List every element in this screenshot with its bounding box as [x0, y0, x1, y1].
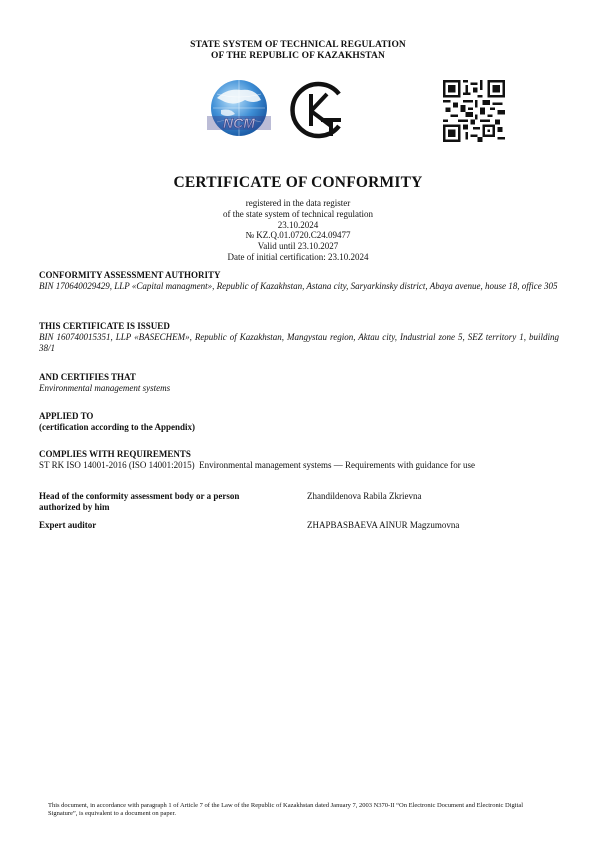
- kt-conformity-mark-logo: [287, 80, 347, 140]
- registration-date: 23.10.2024: [0, 220, 596, 231]
- section-applied: APPLIED TO (certification according to t…: [39, 411, 559, 433]
- issuer-header: STATE SYSTEM OF TECHNICAL REGULATION OF …: [0, 40, 596, 62]
- certificate-number: № KZ.Q.01.0720.C24.09477: [0, 230, 596, 241]
- section-text: Environmental management systems: [39, 383, 559, 394]
- signatory-name: Zhandildenova Rabila Zkrievna: [307, 491, 421, 502]
- section-text: BIN 160740015351, LLP «BASECHEM», Republ…: [39, 332, 559, 354]
- section-authority: CONFORMITY ASSESSMENT AUTHORITY BIN 1706…: [39, 270, 559, 292]
- valid-until: Valid until 23.10.2027: [0, 241, 596, 252]
- legal-footer: This document, in accordance with paragr…: [48, 802, 548, 818]
- qr-code: [443, 80, 505, 142]
- section-heading: COMPLIES WITH REQUIREMENTS: [39, 449, 559, 460]
- ncm-globe-logo: NCM: [205, 78, 273, 142]
- section-text: ST RK ISO 14001-2016 (ISO 14001:2015) En…: [39, 460, 559, 471]
- section-complies: COMPLIES WITH REQUIREMENTS ST RK ISO 140…: [39, 449, 559, 471]
- registration-line-2: of the state system of technical regulat…: [0, 209, 596, 220]
- header-line-1: STATE SYSTEM OF TECHNICAL REGULATION: [0, 40, 596, 51]
- signatory-role: Head of the conformity assessment body o…: [39, 491, 259, 513]
- section-certifies: AND CERTIFIES THAT Environmental managem…: [39, 372, 559, 394]
- header-line-2: OF THE REPUBLIC OF KAZAKHSTAN: [0, 51, 596, 62]
- section-heading: APPLIED TO: [39, 411, 559, 422]
- section-heading: CONFORMITY ASSESSMENT AUTHORITY: [39, 270, 559, 281]
- section-text: BIN 170640029429, LLP «Capital managment…: [39, 281, 559, 292]
- section-heading: AND CERTIFIES THAT: [39, 372, 559, 383]
- signatory-role: Expert auditor: [39, 520, 259, 531]
- section-text: (certification according to the Appendix…: [39, 422, 559, 433]
- svg-text:NCM: NCM: [223, 115, 255, 131]
- certificate-title: CERTIFICATE OF CONFORMITY: [0, 174, 596, 192]
- signatory-name: ZHAPBASBAEVA AINUR Magzumovna: [307, 520, 459, 531]
- section-issued: THIS CERTIFICATE IS ISSUED BIN 160740015…: [39, 321, 559, 354]
- registration-line-1: registered in the data register: [0, 198, 596, 209]
- initial-certification-date: Date of initial certification: 23.10.202…: [0, 252, 596, 263]
- registration-block: registered in the data register of the s…: [0, 198, 596, 263]
- signatory-row: Head of the conformity assessment body o…: [39, 491, 559, 515]
- section-heading: THIS CERTIFICATE IS ISSUED: [39, 321, 559, 332]
